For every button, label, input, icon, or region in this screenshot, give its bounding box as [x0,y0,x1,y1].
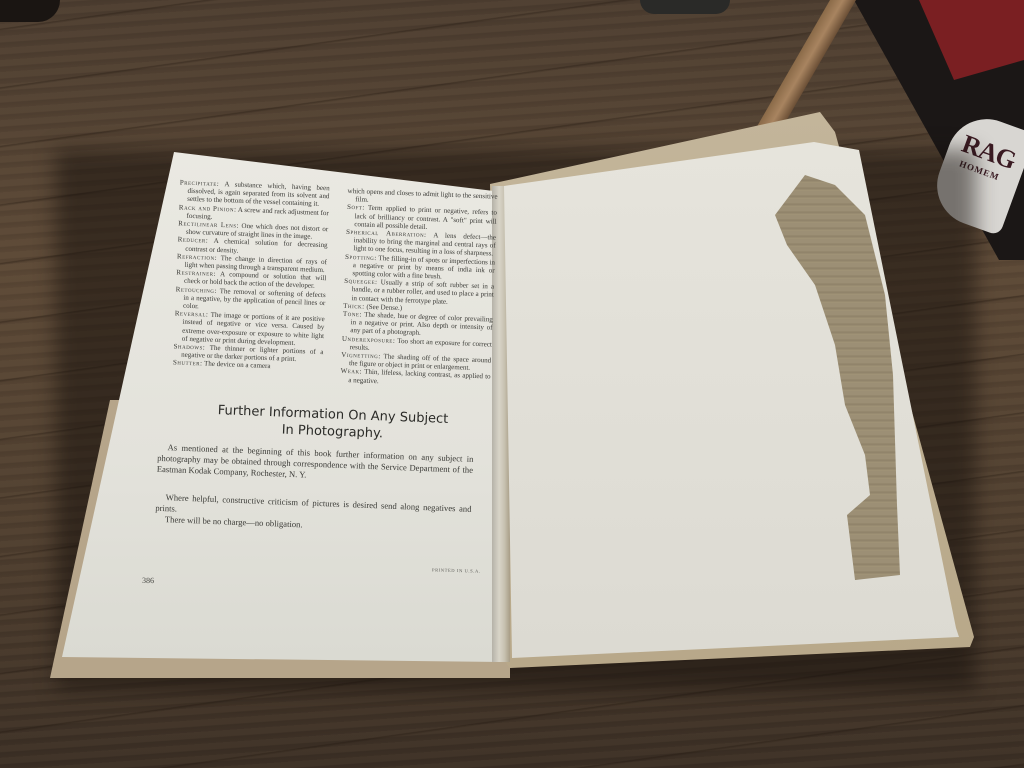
section-heading: Further Information On Any Subject In Ph… [182,401,483,446]
glossary-column-right: which opens and closes to admit light to… [340,187,497,389]
dark-object-top-center [640,0,730,14]
left-page-text: Precipitate: A substance which, having b… [152,178,498,610]
paragraph-correspondence: As mentioned at the beginning of this bo… [157,442,474,487]
glossary-column-left: Precipitate: A substance which, having b… [173,178,330,372]
page-number: 386 [142,576,154,585]
